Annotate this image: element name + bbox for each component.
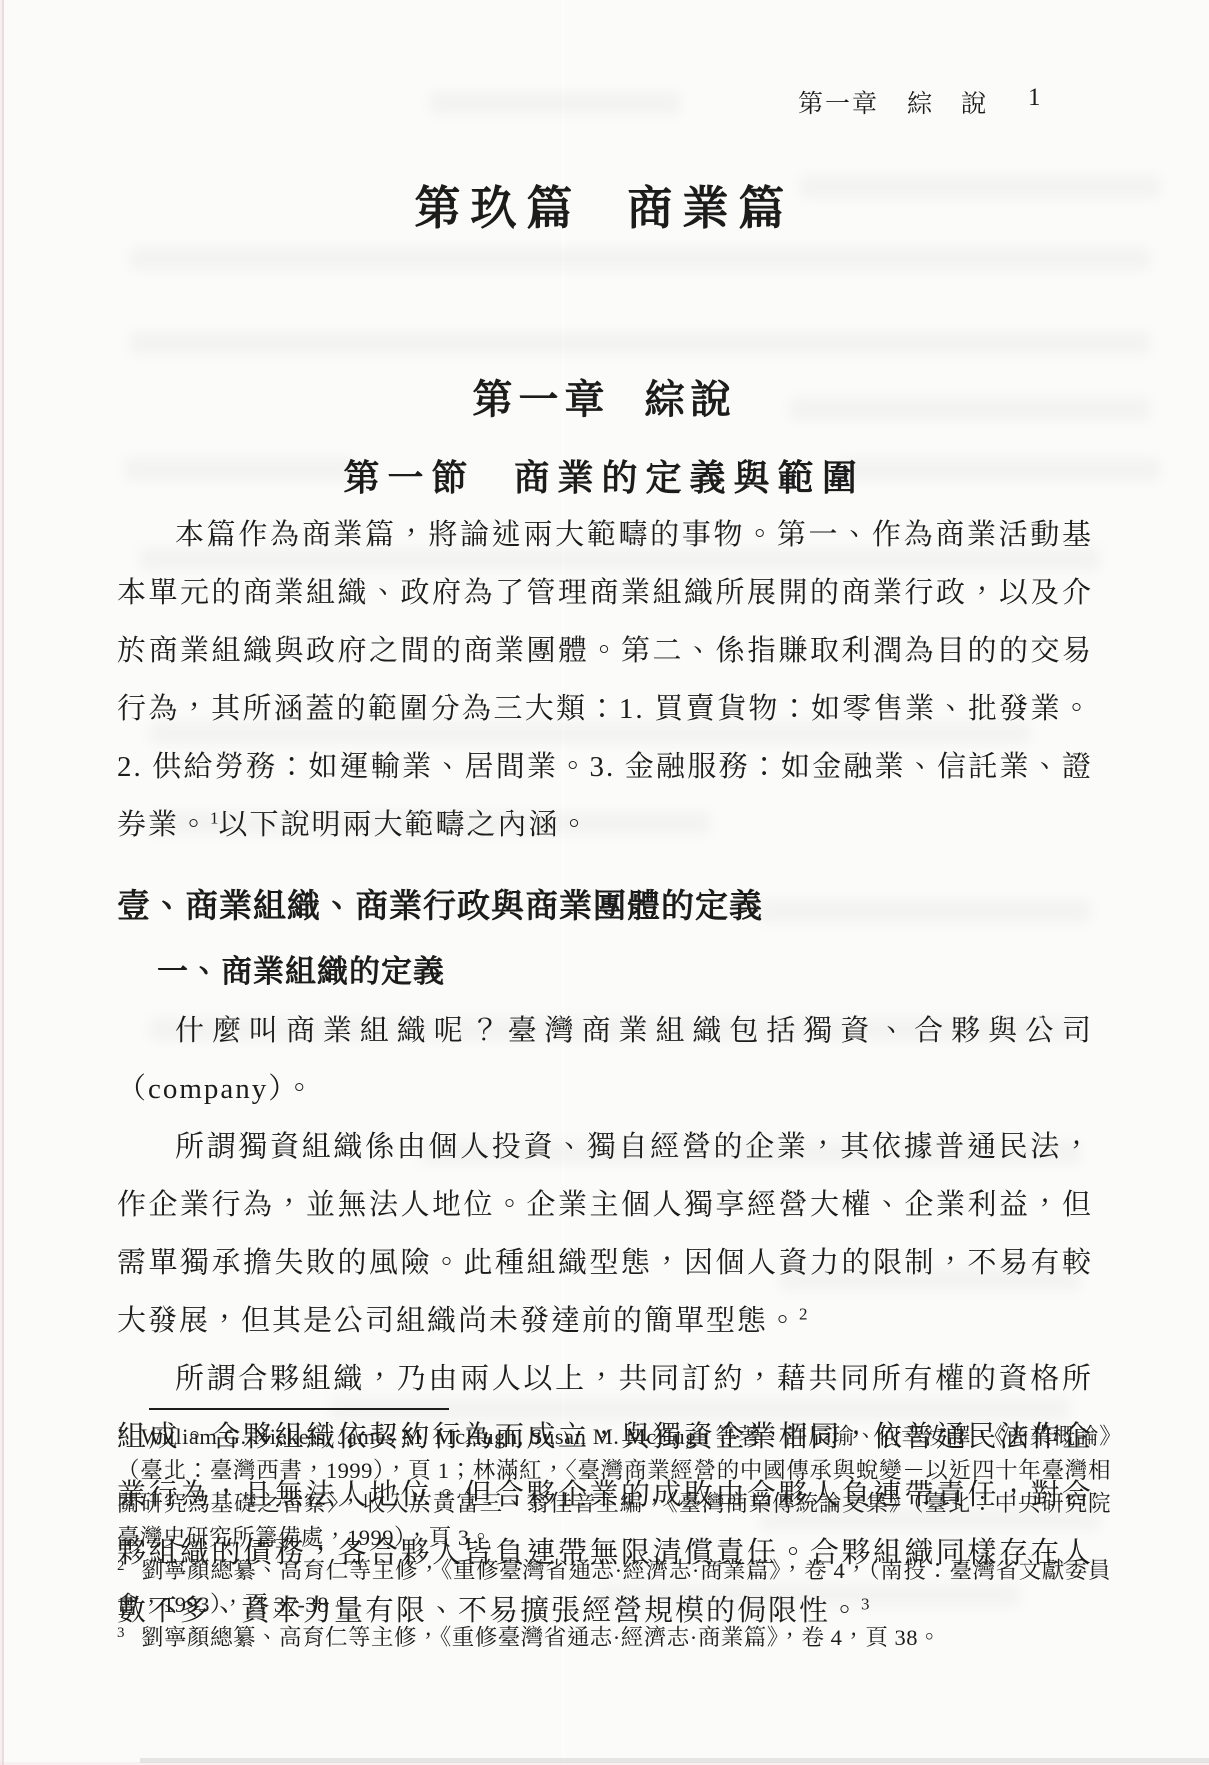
- page-number: 1: [1028, 84, 1043, 112]
- part-name: 商業篇: [627, 183, 795, 234]
- intro-paragraph: 本篇作為商業篇，將論述兩大範疇的事物。第一、作為商業活動基本單元的商業組織、政府…: [117, 506, 1093, 854]
- footnote-3: 3劉寧顏總纂、高育仁等主修，《重修臺灣省通志·經濟志·商業篇》，卷 4，頁 38…: [117, 1621, 1111, 1655]
- running-head-chapter-label: 第一章: [798, 84, 879, 120]
- footnote-2-text: 劉寧顏總纂、高育仁等主修，《重修臺灣省通志·經濟志·商業篇》，卷 4，（南投：臺…: [117, 1558, 1111, 1617]
- footnote-2-marker: 2: [117, 1558, 125, 1574]
- footnote-3-text: 劉寧顏總纂、高育仁等主修，《重修臺灣省通志·經濟志·商業篇》，卷 4，頁 38。: [141, 1625, 941, 1650]
- running-head-title: 第一章 綜 說: [798, 84, 988, 120]
- chapter-label: 第一章: [473, 377, 611, 422]
- section-title: 第一節商業的定義與範圍: [0, 450, 1209, 501]
- part-title: 第玖篇商業篇: [0, 172, 1209, 238]
- running-head-chapter-title: 綜 說: [907, 84, 988, 120]
- footnote-ref-1: 1: [210, 808, 219, 827]
- footnote-2: 2劉寧顏總纂、高育仁等主修，《重修臺灣省通志·經濟志·商業篇》，卷 4，（南投：…: [117, 1554, 1111, 1621]
- intro-text-after: 以下說明兩大範疇之內涵。: [219, 809, 591, 841]
- paragraph-sole-proprietorship: 所謂獨資組織係由個人投資、獨自經營的企業，其依據普通民法，作企業行為，並無法人地…: [117, 1118, 1093, 1350]
- chapter-name: 綜說: [645, 377, 737, 422]
- footnote-3-marker: 3: [117, 1625, 125, 1641]
- page-showthrough: [130, 332, 1150, 354]
- sole-text: 所謂獨資組織係由個人投資、獨自經營的企業，其依據普通民法，作企業行為，並無法人地…: [117, 1131, 1093, 1337]
- subheading-business-organization: 一、商業組織的定義: [157, 948, 1093, 996]
- paragraph-company: 什麼叫商業組織呢？臺灣商業組織包括獨資、合夥與公司（company）。: [117, 1002, 1093, 1118]
- footnotes-section: 1William G. Nickels, James M. McHugh, Su…: [117, 1408, 1111, 1655]
- page-edge-line-left: [2, 0, 4, 1765]
- intro-text: 本篇作為商業篇，將論述兩大範疇的事物。第一、作為商業活動基本單元的商業組織、政府…: [117, 519, 1093, 841]
- footnote-1-text: William G. Nickels, James M. McHugh, Sus…: [117, 1424, 1111, 1550]
- part-label: 第玖篇: [415, 183, 583, 234]
- section-name: 商業的定義與範圍: [514, 458, 866, 498]
- footnote-ref-2: 2: [799, 1304, 808, 1323]
- heading-definitions: 壹、商業組織、商業行政與商業團體的定義: [117, 882, 1093, 932]
- footnote-separator-rule: [149, 1408, 449, 1410]
- section-label: 第一節: [343, 458, 475, 498]
- page-showthrough: [430, 92, 680, 114]
- footnote-1: 1William G. Nickels, James M. McHugh, Su…: [117, 1420, 1111, 1554]
- page-showthrough: [130, 248, 1150, 270]
- scanned-book-page: 第一章 綜 說 1 第玖篇商業篇 第一章綜說 第一節商業的定義與範圍 本篇作為商…: [0, 0, 1209, 1765]
- chapter-title: 第一章綜說: [0, 368, 1209, 425]
- footnote-1-marker: 1: [117, 1424, 125, 1440]
